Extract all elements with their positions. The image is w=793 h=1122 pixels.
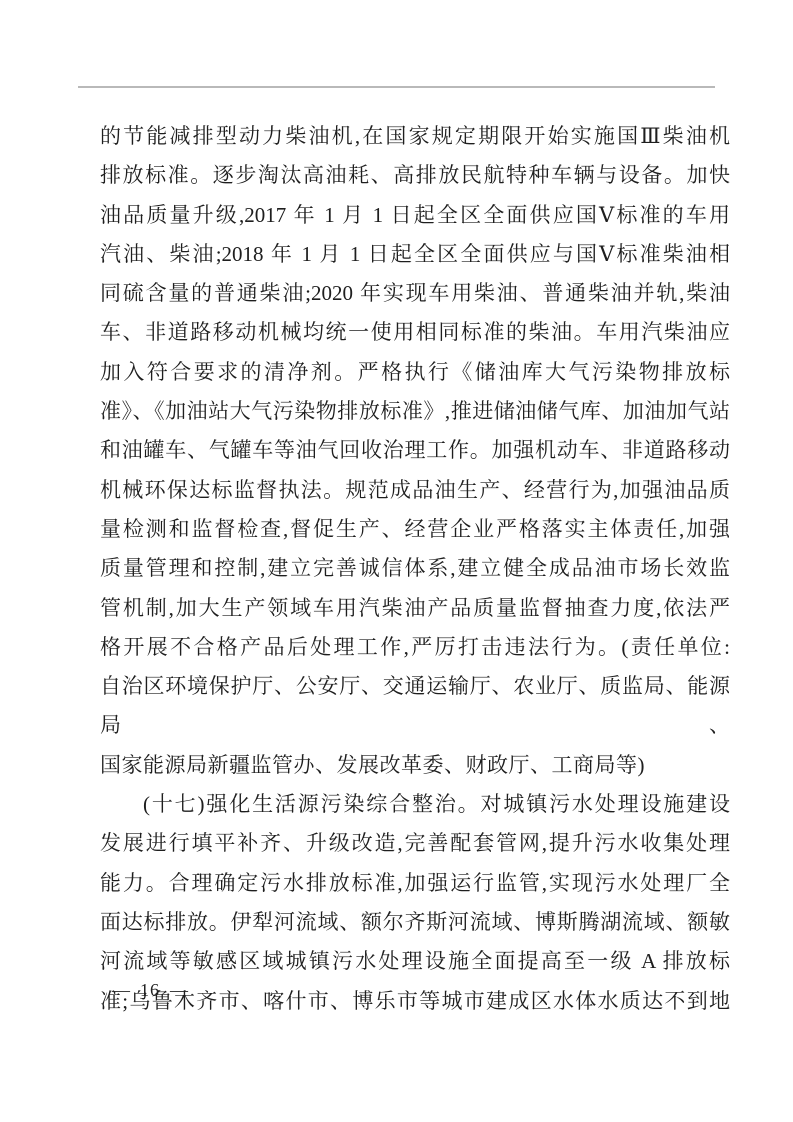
text-line: 自治区环境保护厅、公安厅、交通运输厅、农业厅、质监局、能源局、 <box>100 667 730 746</box>
text-line: 准;乌鲁木齐市、喀什市、博乐市等城市建成区水体水质达不到地 <box>100 982 730 1021</box>
text-line-paragraph-end: 国家能源局新疆监管办、发展改革委、财政厅、工商局等) <box>100 746 730 785</box>
section-heading: (十七)强化生活源污染综合整治。 <box>143 792 481 816</box>
text-line: 发展进行填平补齐、升级改造,完善配套管网,提升污水收集处理 <box>100 824 730 863</box>
text-line: 面达标排放。伊犁河流域、额尔齐斯河流域、博斯腾湖流域、额敏 <box>100 903 730 942</box>
text-line-section-start: (十七)强化生活源污染综合整治。对城镇污水处理设施建设 <box>100 785 730 824</box>
text-line: 车、非道路移动机械均统一使用相同标准的柴油。车用汽柴油应 <box>100 313 730 352</box>
footer-dash-right: — <box>170 980 188 1001</box>
text-line: 油品质量升级,2017 年 1 月 1 日起全区全面供应国Ⅴ标准的车用 <box>100 196 730 235</box>
text-line: 格开展不合格产品后处理工作,严厉打击违法行为。(责任单位: <box>100 628 730 667</box>
text-line: 准》、《加油站大气污染物排放标准》,推进储油储气库、加油加气站 <box>100 392 730 431</box>
text-line: 的节能减排型动力柴油机,在国家规定期限开始实施国Ⅲ柴油机 <box>100 117 730 156</box>
section-body-start: 对城镇污水处理设施建设 <box>481 792 730 816</box>
text-line: 河流域等敏感区域城镇污水处理设施全面提高至一级 A 排放标 <box>100 942 730 981</box>
header-rule <box>78 86 715 88</box>
page-number: 16 <box>140 980 160 1001</box>
text-line: 同硫含量的普通柴油;2020 年实现车用柴油、普通柴油并轨,柴油 <box>100 274 730 313</box>
text-line: 管机制,加大生产领域车用汽柴油产品质量监督抽查力度,依法严 <box>100 589 730 628</box>
footer-dash-left: — <box>112 980 130 1001</box>
text-line: 能力。合理确定污水排放标准,加强运行监管,实现污水处理厂全 <box>100 864 730 903</box>
page-footer: — 16 — <box>112 980 188 1001</box>
text-line: 机械环保达标监督执法。规范成品油生产、经营行为,加强油品质 <box>100 471 730 510</box>
text-line: 排放标准。逐步淘汰高油耗、高排放民航特种车辆与设备。加快 <box>100 156 730 195</box>
text-line: 汽油、柴油;2018 年 1 月 1 日起全区全面供应与国Ⅴ标准柴油相 <box>100 235 730 274</box>
text-line: 质量管理和控制,建立完善诚信体系,建立健全成品油市场长效监 <box>100 549 730 588</box>
document-page: 的节能减排型动力柴油机,在国家规定期限开始实施国Ⅲ柴油机 排放标准。逐步淘汰高油… <box>0 0 793 1122</box>
document-body: 的节能减排型动力柴油机,在国家规定期限开始实施国Ⅲ柴油机 排放标准。逐步淘汰高油… <box>100 117 730 1021</box>
text-line: 和油罐车、气罐车等油气回收治理工作。加强机动车、非道路移动 <box>100 431 730 470</box>
text-line: 加入符合要求的清净剂。严格执行《储油库大气污染物排放标 <box>100 353 730 392</box>
text-line: 量检测和监督检查,督促生产、经营企业严格落实主体责任,加强 <box>100 510 730 549</box>
